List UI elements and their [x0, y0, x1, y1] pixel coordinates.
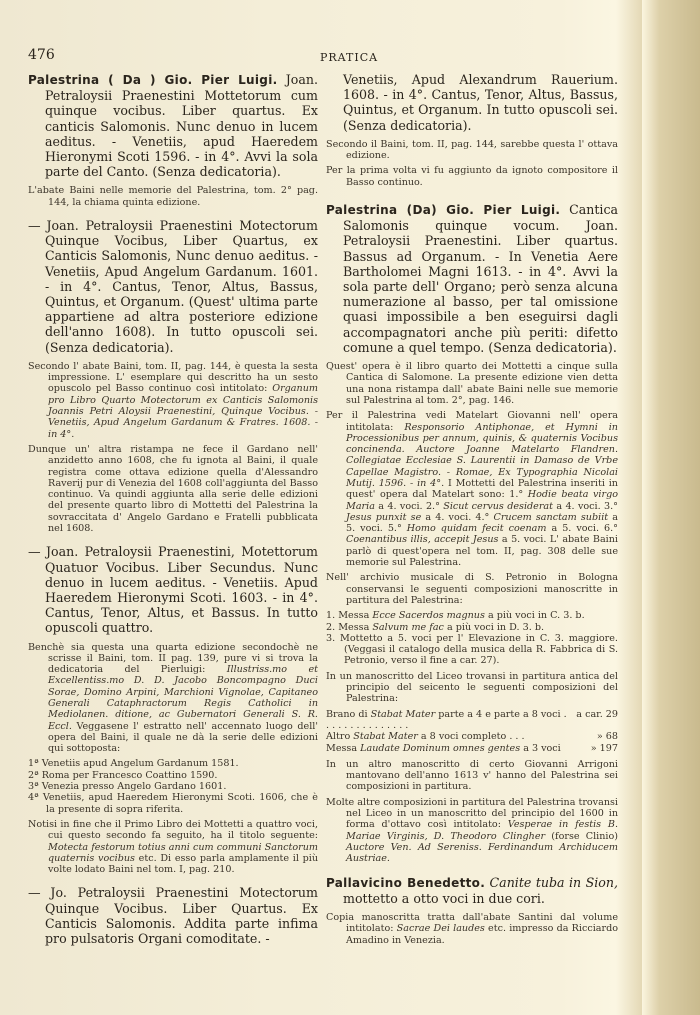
footnote: L'abate Baini nelle memorie del Palestri… [28, 185, 318, 208]
catalog-entry-continued: Venetiis, Apud Alexandrum Rauerium. 1608… [326, 72, 618, 133]
catalog-entry: — Joan. Petraloysii Praenestini Motector… [28, 218, 318, 355]
note-text: Notisi in fine che il Primo Libro dei Mo… [28, 819, 318, 841]
entry-heading: Palestrina ( Da ) Gio. Pier Luigi. [28, 73, 277, 87]
petronio-list: 1. Messa Ecce Sacerdos magnus a più voci… [326, 610, 618, 666]
entry-heading: Pallavicino Benedetto. [326, 876, 485, 890]
motet-title: Coenantibus illis, accepit Jesus [346, 534, 498, 545]
manuscript-item: 2. Messa Salvum me fac a più voci in D. … [326, 622, 618, 633]
footnote: Notisi in fine che il Primo Libro dei Mo… [28, 819, 318, 875]
editions-list: 1ª Venetiis apud Angelum Gardanum 1581. … [28, 758, 318, 814]
footnote: In un manoscritto del Liceo trovansi in … [326, 671, 618, 705]
note-text: a 4. voci. 2.° [375, 501, 443, 512]
entry-heading: Palestrina (Da) Gio. Pier Luigi. [326, 203, 560, 217]
note-title-italic: Sacrae Dei laudes [397, 923, 485, 934]
entry-body: mottetto a otto voci in due cori. [343, 891, 545, 906]
entry-body: Joan. Petraloysii Praenestini Motectorum… [45, 218, 318, 355]
note-text: (forse Clinio) [545, 831, 618, 842]
entry-body: Cantica Salomonis quinque vocum. Joan. P… [343, 202, 618, 355]
motet-title: Sicut cervus desiderat [443, 501, 553, 512]
catalog-entry: — Jo. Petraloysii Praenestini Motectorum… [28, 885, 318, 946]
page-number: 476 [28, 47, 55, 63]
footnote: Per il Palestrina vedi Matelart Giovanni… [326, 410, 618, 568]
edition-item: 2ª Roma per Francesco Coattino 1590. [28, 770, 318, 781]
entry-dash: — [28, 544, 40, 559]
entry-body: Joan. Petraloysii Praenestini, Motettoru… [45, 544, 318, 635]
edition-item: 3ª Venezia presso Angelo Gardano 1601. [28, 781, 318, 792]
note-text: a 4. voci. 4.° [421, 512, 493, 523]
note-title-italic: Auctore Ven. Ad Sereniss. Ferdinandum Ar… [346, 842, 618, 864]
catalog-entry: — Joan. Petraloysii Praenestini, Motetto… [28, 544, 318, 635]
page-header: 476 PRATICA [28, 47, 628, 65]
manuscript-item: 3. Mottetto a 5. voci per l' Elevazione … [326, 633, 618, 667]
footnote: Copia manoscritta tratta dall'abate Sant… [326, 912, 618, 946]
left-column: Palestrina ( Da ) Gio. Pier Luigi. Joan.… [28, 72, 318, 952]
note-text: Veggasene l' estratto nell' accennato lu… [48, 721, 318, 755]
catalog-entry: Pallavicino Benedetto. Canite tuba in Si… [326, 875, 618, 906]
entry-body: Jo. Petraloysii Praenestini Motectorum Q… [45, 885, 318, 946]
running-head: PRATICA [320, 51, 378, 64]
page-gutter-shadow [642, 0, 700, 1015]
footnote: Molte altre composizioni in partitura de… [326, 797, 618, 865]
footnote: Secondo l' abate Baini, tom. II, pag. 14… [28, 361, 318, 440]
footnote: Nell' archivio musicale di S. Petronio i… [326, 572, 618, 606]
footnote: Secondo il Baini, tom. II, pag. 144, sar… [326, 139, 618, 162]
edition-item: 4ª Venetiis, apud Haeredem Hieronymi Sco… [28, 792, 318, 815]
motet-title: Crucem sanctam subiit [493, 512, 608, 523]
liceo-list: Brano di Stabat Mater parte a 4 e parte … [326, 709, 618, 754]
manuscript-row: Altro Stabat Mater a 8 voci completo . .… [326, 731, 618, 742]
note-text: a 5. voci. 6.° [546, 523, 618, 534]
manuscript-item: 1. Messa Ecce Sacerdos magnus a più voci… [326, 610, 618, 621]
manuscript-row: Brano di Stabat Mater parte a 4 e parte … [326, 709, 618, 732]
catalog-entry: Palestrina (Da) Gio. Pier Luigi. Cantica… [326, 202, 618, 355]
motet-title: Jesus punxit se [346, 512, 421, 523]
catalog-entry: Palestrina ( Da ) Gio. Pier Luigi. Joan.… [28, 72, 318, 179]
note-text: a 4. voci. 3.° [553, 501, 618, 512]
edition-item: 1ª Venetiis apud Angelum Gardanum 1581. [28, 758, 318, 769]
footnote: Per la prima volta vi fu aggiunto da ign… [326, 165, 618, 188]
entry-body: Joan. Petraloysii Praenestini Mottetorum… [45, 72, 318, 179]
entry-dash: — [28, 218, 40, 233]
footnote: In un altro manoscritto di certo Giovann… [326, 759, 618, 793]
footnote: Quest' opera è il libro quarto dei Motte… [326, 361, 618, 406]
entry-title-italic: Canite tuba in Sion, [490, 875, 618, 890]
motet-title: Homo quidam fecit coenam [407, 523, 547, 534]
footnote: Dunque un' altra ristampa ne fece il Gar… [28, 444, 318, 534]
manuscript-row: Messa Laudate Dominum omnes gentes a 3 v… [326, 743, 618, 754]
right-column: Venetiis, Apud Alexandrum Rauerium. 1608… [326, 72, 618, 950]
footnote: Benchè sia questa una quarta edizione se… [28, 642, 318, 755]
entry-dash: — [28, 885, 40, 900]
